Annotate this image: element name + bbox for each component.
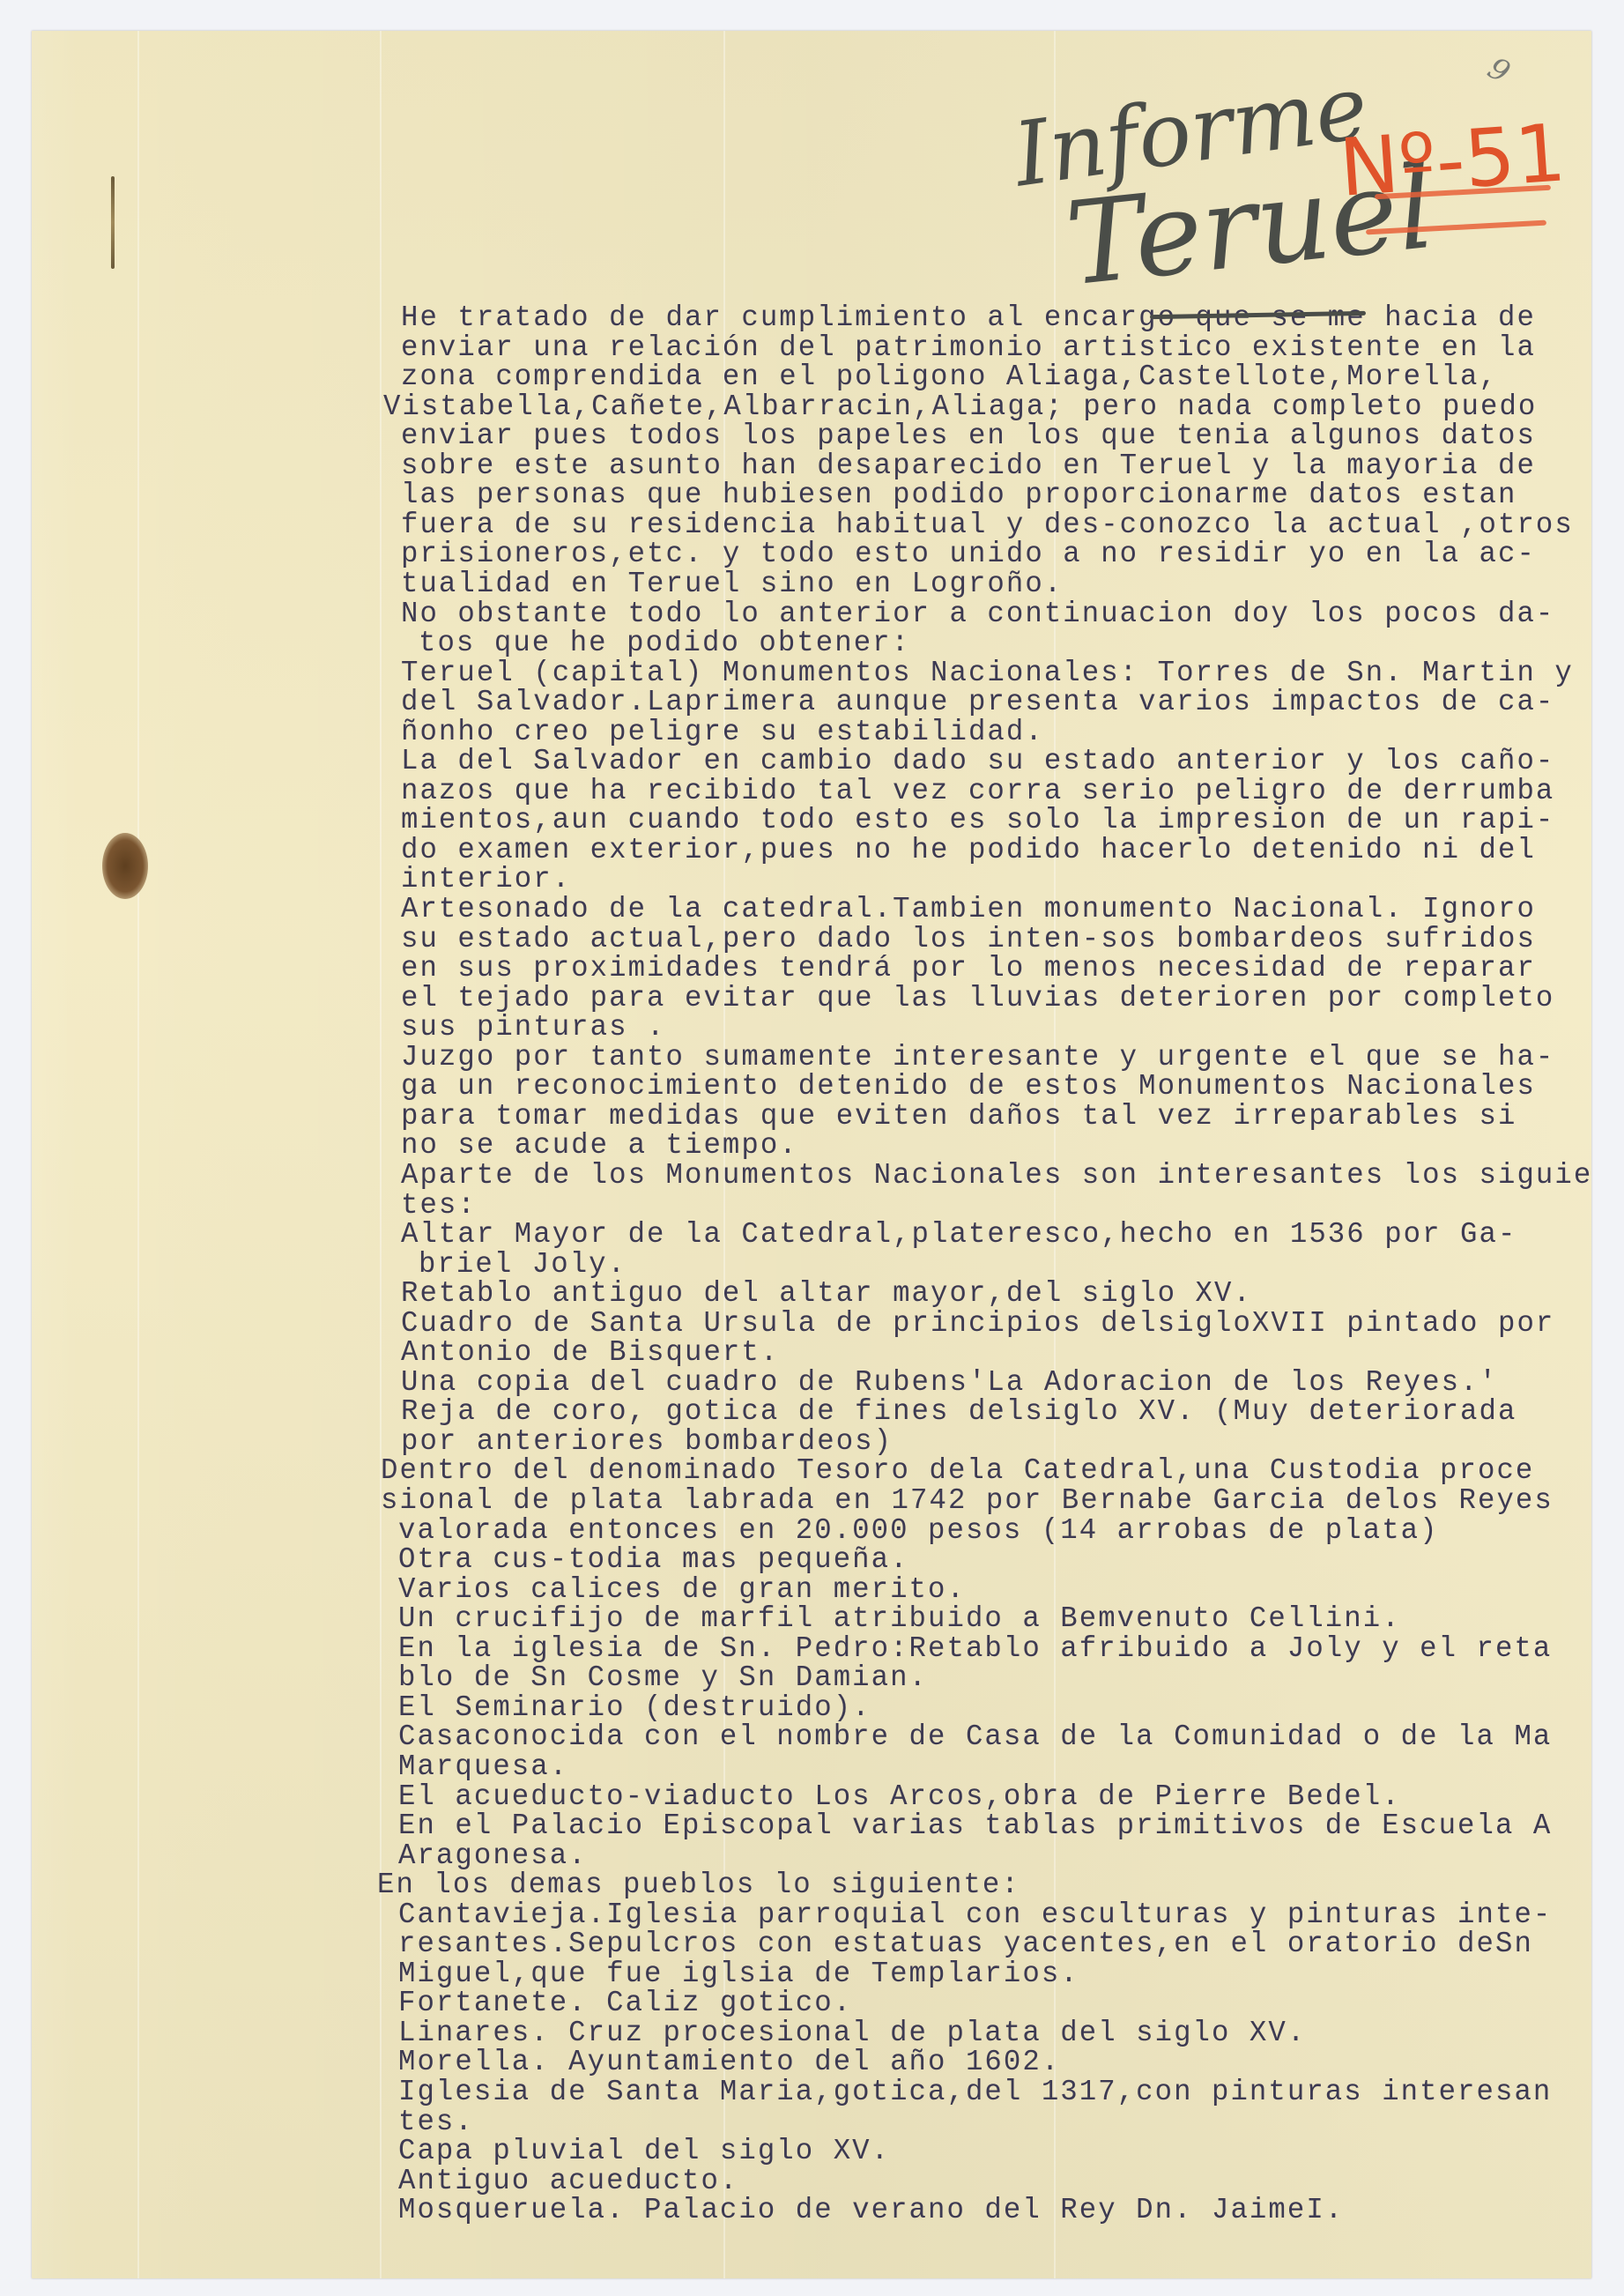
typed-line: tes: <box>401 1191 477 1221</box>
paper-fold-line <box>380 31 382 2278</box>
typed-line: Linares. Cruz procesional de plata del s… <box>398 2018 1306 2048</box>
typed-line: resantes.Sepulcros con estatuas yacentes… <box>398 1929 1533 1959</box>
typed-line: sus pinturas . <box>401 1013 666 1043</box>
typed-line: He tratado de dar cumplimiento al encarg… <box>401 303 1536 333</box>
typed-line: por anteriores bombardeos) <box>401 1427 893 1457</box>
rust-stain <box>102 833 148 899</box>
typed-line: Antiguo acueducto. <box>398 2166 738 2196</box>
typed-line: tualidad en Teruel sino en Logroño. <box>401 569 1063 599</box>
typed-line: El acueducto-viaducto Los Arcos,obra de … <box>398 1782 1401 1812</box>
typed-line: La del Salvador en cambio dado su estado… <box>401 747 1554 776</box>
typed-line: Reja de coro, gotica de fines delsiglo X… <box>401 1397 1516 1427</box>
red-report-number: Nº-51 <box>1337 107 1568 215</box>
typed-line: las personas que hubiesen podido proporc… <box>401 480 1516 510</box>
typed-line: Dentro del denominado Tesoro dela Catedr… <box>381 1456 1534 1486</box>
typed-line: Miguel,que fue iglsia de Templarios. <box>398 1959 1079 1989</box>
typed-line: briel Joly. <box>419 1250 627 1280</box>
typed-line: su estado actual,pero dado los inten-sos… <box>401 925 1536 955</box>
typed-line: Cantavieja.Iglesia parroquial con escult… <box>398 1900 1552 1930</box>
typed-line: no se acude a tiempo. <box>401 1131 798 1161</box>
typed-line: El Seminario (destruido). <box>398 1693 871 1723</box>
typed-line: blo de Sn Cosme y Sn Damian. <box>398 1663 928 1693</box>
typed-line: zona comprendida en el poligono Aliaga,C… <box>401 362 1498 392</box>
typed-line: enviar una relación del patrimonio artis… <box>401 333 1536 363</box>
typed-line: fuera de su residencia habitual y des-co… <box>401 510 1574 540</box>
typed-line: Casaconocida con el nombre de Casa de la… <box>398 1722 1552 1752</box>
typed-line: enviar pues todos los papeles en los que… <box>401 421 1536 451</box>
typed-line: el tejado para evitar que las lluvias de… <box>401 984 1554 1014</box>
typed-line: do examen exterior,pues no he podido hac… <box>401 836 1536 866</box>
typed-line: mientos,aun cuando todo esto es solo la … <box>401 806 1554 836</box>
typed-line: tos que he podido obtener: <box>419 628 910 658</box>
typed-line: prisioneros,etc. y todo esto unido a no … <box>401 539 1536 569</box>
typed-line: Morella. Ayuntamiento del año 1602. <box>398 2047 1060 2077</box>
typed-line: Iglesia de Santa Maria,gotica,del 1317,c… <box>398 2077 1552 2107</box>
typed-line: Varios calices de gran merito. <box>398 1575 966 1605</box>
typed-line: En los demas pueblos lo siguiente: <box>377 1870 1020 1900</box>
typed-line: valorada entonces en 20.000 pesos (14 ar… <box>398 1516 1439 1546</box>
typed-line: No obstante todo lo anterior a continuac… <box>401 599 1554 629</box>
typed-line: Antonio de Bisquert. <box>401 1338 779 1368</box>
typed-line: tes. <box>398 2107 474 2137</box>
typed-line: para tomar medidas que eviten daños tal … <box>401 1102 1516 1132</box>
paper-fold-line <box>137 31 139 2278</box>
typed-line: Retablo antiguo del altar mayor,del sigl… <box>401 1279 1252 1309</box>
typed-line: Juzgo por tanto sumamente interesante y … <box>401 1043 1554 1073</box>
typed-line: Marquesa. <box>398 1752 568 1782</box>
typed-line: ñonho creo peligre su estabilidad. <box>401 717 1044 747</box>
typed-line: Vistabella,Cañete,Albarracin,Aliaga; per… <box>383 392 1537 422</box>
typed-line: Aragonesa. <box>398 1841 588 1871</box>
typed-line: sional de plata labrada en 1742 por Bern… <box>381 1486 1554 1516</box>
typed-line: Una copia del cuadro de Rubens'La Adorac… <box>401 1368 1498 1398</box>
typed-line: En el Palacio Episcopal varias tablas pr… <box>398 1811 1552 1841</box>
typed-line: Cuadro de Santa Ursula de principios del… <box>401 1309 1554 1339</box>
typed-line: Un crucifijo de marfil atribuido a Bemve… <box>398 1604 1401 1634</box>
typed-line: nazos que ha recibido tal vez corra seri… <box>401 776 1554 806</box>
typed-line: Artesonado de la catedral.Tambien monume… <box>401 895 1536 925</box>
typed-line: Capa pluvial del siglo XV. <box>398 2136 890 2166</box>
typed-line: En la iglesia de Sn. Pedro:Retablo afrib… <box>398 1634 1552 1664</box>
typed-line: Altar Mayor de la Catedral,plateresco,he… <box>401 1220 1516 1250</box>
typed-line: ga un reconocimiento detenido de estos M… <box>401 1072 1536 1102</box>
typed-line: interior. <box>401 865 571 895</box>
typed-line: del Salvador.Laprimera aunque presenta v… <box>401 687 1554 717</box>
typed-line: Teruel (capital) Monumentos Nacionales: … <box>401 658 1574 688</box>
staple-mark <box>111 176 115 269</box>
typed-line: Fortanete. Caliz gotico. <box>398 1988 852 2018</box>
typed-line: Mosqueruela. Palacio de verano del Rey D… <box>398 2196 1344 2225</box>
typed-line: Aparte de los Monumentos Nacionales son … <box>401 1161 1592 1191</box>
typed-line: Otra cus-todia mas pequeña. <box>398 1545 909 1575</box>
typed-line: en sus proximidades tendrá por lo menos … <box>401 954 1536 984</box>
typed-line: sobre este asunto han desaparecido en Te… <box>401 451 1536 481</box>
